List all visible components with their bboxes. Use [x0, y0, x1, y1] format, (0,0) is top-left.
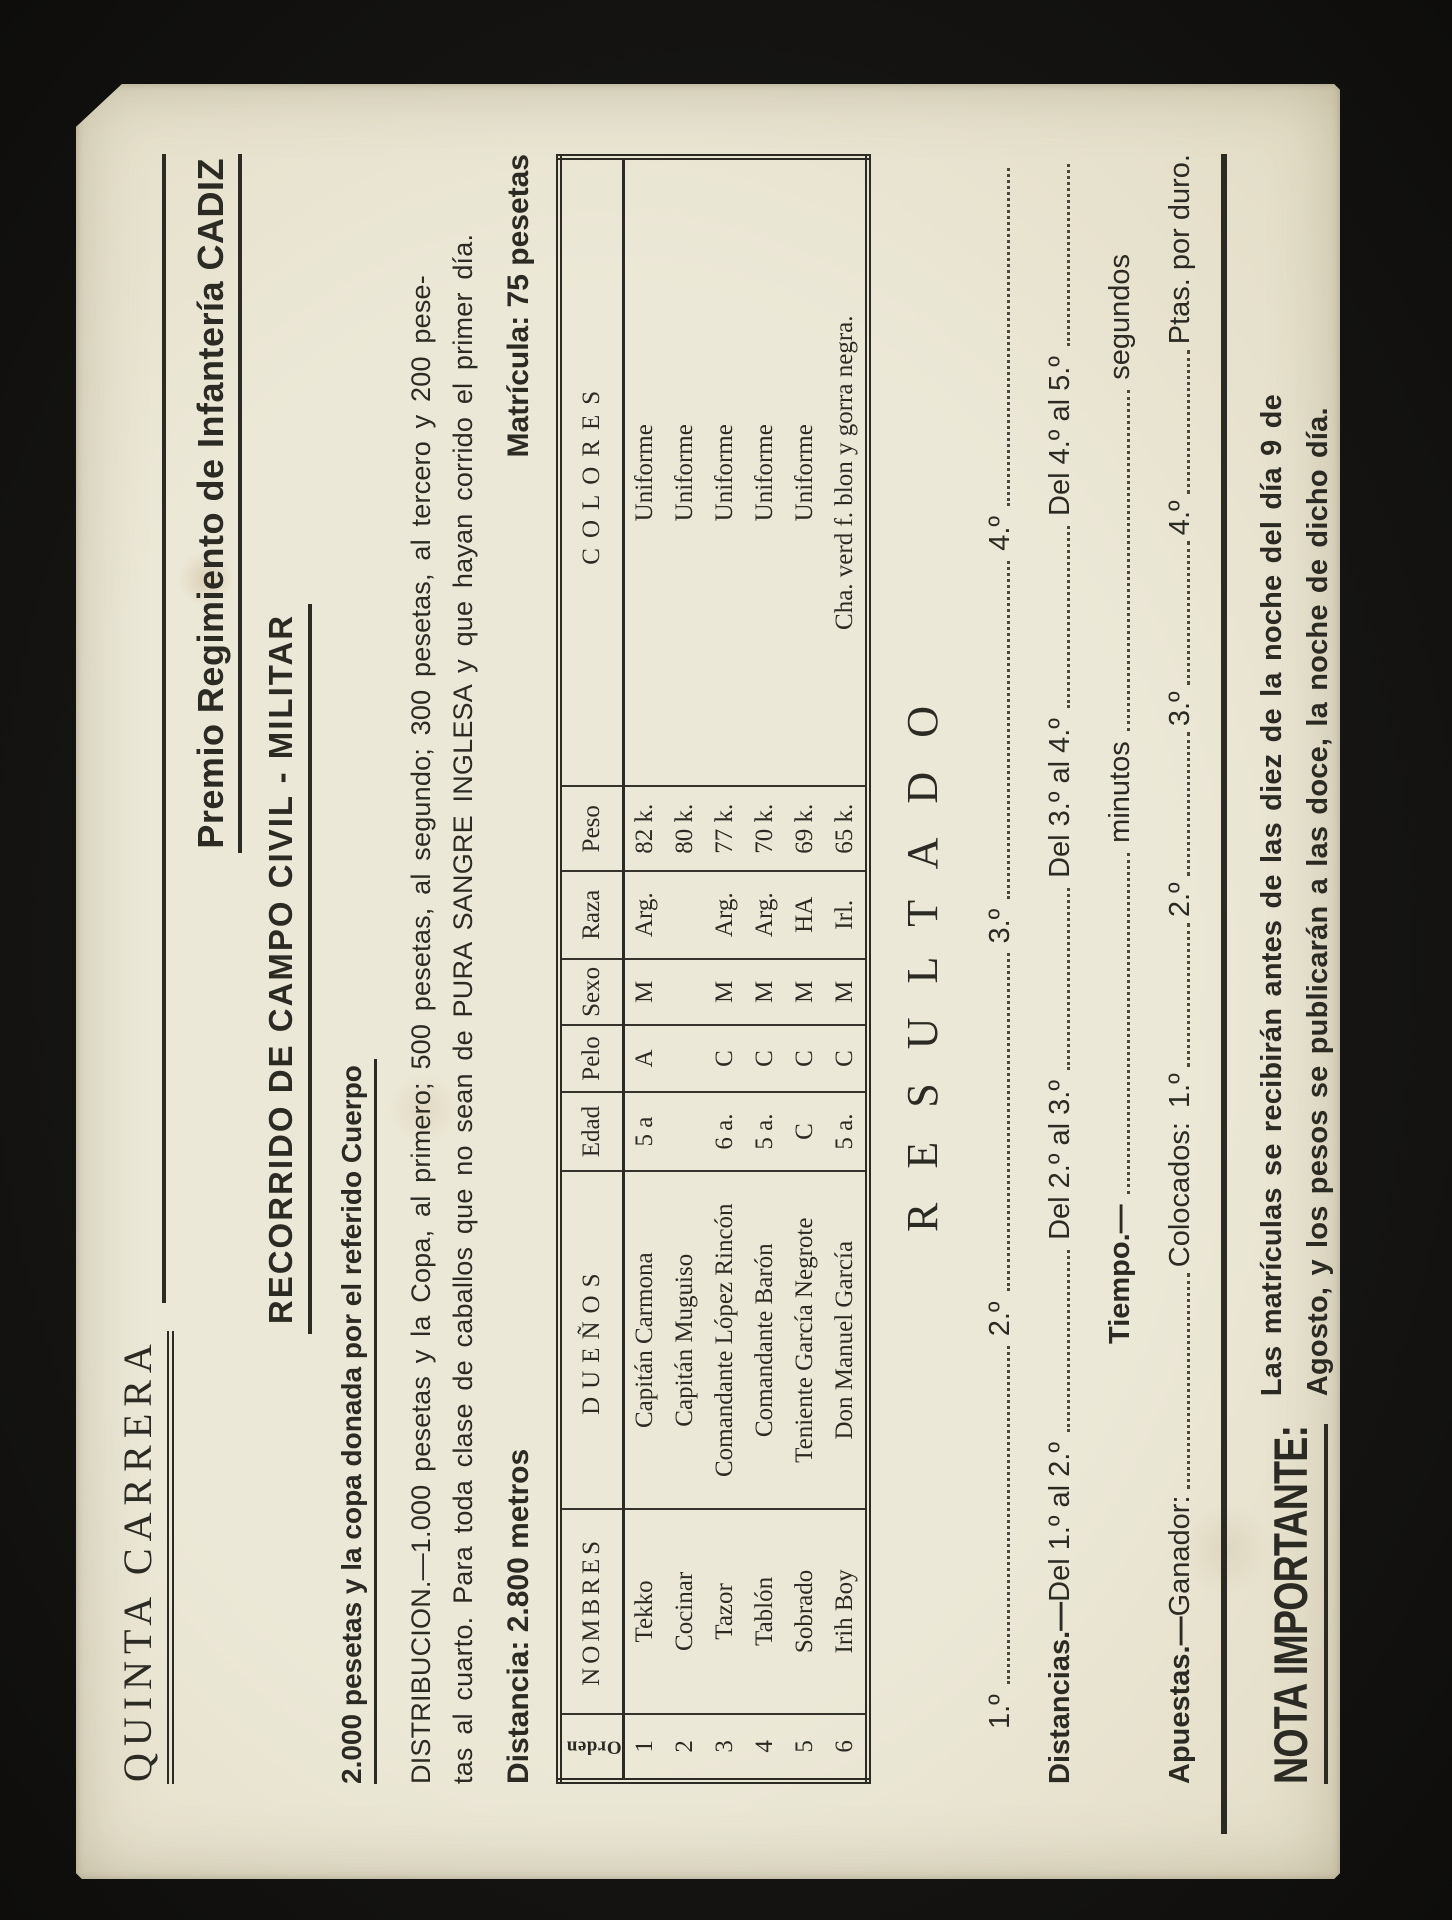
cell-sexo: M [785, 959, 825, 1026]
cell-dueno: Comandante López Rincón [705, 1171, 745, 1509]
colocado-2-label: 2.º [1164, 882, 1197, 917]
cell-colores: Uniforme [745, 157, 785, 786]
dotted-leader [1187, 541, 1190, 685]
cell-dueno: Capitán Carmona [624, 1171, 666, 1509]
table-row: 6 Irih Boy Don Manuel García 5 a. C M Ir… [825, 157, 868, 1781]
cell-sexo: M [624, 959, 666, 1026]
cell-edad: 5 a. [825, 1092, 868, 1172]
cell-sexo [665, 959, 705, 1026]
distancia-item-3: Del 3.º al 4.º [1044, 718, 1077, 878]
table-row: 3 Tazor Comandante López Rincón 6 a. C M… [705, 157, 745, 1781]
cell-sexo: M [745, 959, 785, 1026]
distance-matricula-row: Distancia: 2.800 metros Matrícula: 75 pe… [502, 154, 542, 1784]
colocados-label: Colocados: [1164, 1122, 1197, 1267]
col-header-nombres: NOMBRES [559, 1509, 624, 1714]
distancias-line: Distancias.— Del 1.º al 2.º Del 2.º al 3… [1037, 154, 1077, 1784]
cell-nombre: Tekko [624, 1509, 666, 1714]
col-header-orden: Orden [559, 1714, 624, 1781]
place-3-label: 3.º [984, 909, 1017, 944]
cell-nombre: Cocinar [665, 1509, 705, 1714]
dotted-leader [1187, 350, 1190, 494]
apuestas-suffix: Ptas. por duro. [1164, 154, 1197, 344]
distribution-paragraph: DISTRIBUCION.—1.000 pesetas y la Copa, a… [400, 154, 484, 1784]
dotted-leader [1007, 954, 1010, 1292]
cell-pelo: C [705, 1025, 745, 1092]
cell-nombre: Tazor [705, 1509, 745, 1714]
distribution-line-2: tas al cuarto. Para toda clase de caball… [442, 154, 484, 1784]
dotted-leader [1067, 164, 1070, 346]
result-places-line: 1.º 2.º 3.º 4.º [977, 154, 1017, 1784]
cell-orden: 1 [624, 1714, 666, 1781]
cell-orden: 3 [705, 1714, 745, 1781]
tiempo-segundos-label: segundos [1104, 254, 1137, 380]
resultado-title: RESULTADO [897, 154, 953, 1784]
nota-text: Las matrículas se recibirán antes de las… [1249, 154, 1341, 1396]
colocado-1-label: 1.º [1164, 1073, 1197, 1108]
page-header: QUINTA CARRERA [114, 154, 174, 1784]
cell-pelo: C [785, 1025, 825, 1092]
dotted-leader [1067, 1250, 1070, 1432]
cell-edad: C [785, 1092, 825, 1172]
dotted-leader [1067, 526, 1070, 708]
cell-orden: 6 [825, 1714, 868, 1781]
col-header-peso: Peso [559, 786, 624, 870]
cell-orden: 4 [745, 1714, 785, 1781]
cell-orden: 5 [785, 1714, 825, 1781]
table-row: 5 Sobrado Teniente García Negrote C C M … [785, 157, 825, 1781]
cell-raza: Irl. [825, 871, 868, 959]
cell-colores: Uniforme [624, 157, 666, 786]
col-header-sexo: Sexo [559, 959, 624, 1026]
cell-sexo: M [705, 959, 745, 1026]
horses-table: Orden NOMBRES DUEÑOS Edad Pelo Sexo Raza… [556, 154, 871, 1784]
col-header-colores: COLORES [559, 157, 624, 786]
dotted-leader [1187, 1273, 1190, 1489]
dotted-leader [1187, 732, 1190, 876]
tiempo-line: Tiempo.— minutos segundos [1097, 154, 1137, 1784]
cell-edad: 6 a. [705, 1092, 745, 1172]
cell-edad [665, 1092, 705, 1172]
col-header-raza: Raza [559, 871, 624, 959]
cell-peso: 80 k. [665, 786, 705, 870]
header-rule [162, 154, 166, 1303]
distribution-line-1: DISTRIBUCION.—1.000 pesetas y la Copa, a… [400, 154, 442, 1784]
cell-raza: Arg. [705, 871, 745, 959]
prize-amount-line: 2.000 pesetas y la copa donada por el re… [336, 1059, 377, 1784]
divider-rule [1221, 154, 1227, 1834]
cell-raza: Arg. [745, 871, 785, 959]
cell-peso: 65 k. [825, 786, 868, 870]
cell-peso: 82 k. [624, 786, 666, 870]
cell-nombre: Irih Boy [825, 1509, 868, 1714]
col-header-edad: Edad [559, 1092, 624, 1172]
race-program-page: QUINTA CARRERA Premio Regimiento de Infa… [76, 84, 1340, 1879]
prize-title: Premio Regimiento de Infantería CADIZ [190, 154, 242, 853]
apuestas-line: Apuestas.— Ganador: Colocados: 1.º 2.º 3… [1157, 154, 1197, 1784]
prize-title-row: Premio Regimiento de Infantería CADIZ [190, 154, 242, 1784]
cell-raza: HA [785, 871, 825, 959]
tiempo-minutos-label: minutos [1104, 741, 1137, 843]
distancias-label: Distancias.— [1044, 1602, 1077, 1784]
dotted-leader [1187, 923, 1190, 1067]
cell-orden: 2 [665, 1714, 705, 1781]
distancia-item-4: Del 4.º al 5.º [1044, 356, 1077, 516]
distancia-item-2: Del 2.º al 3.º [1044, 1080, 1077, 1240]
dotted-leader [1007, 168, 1010, 506]
cell-raza [665, 871, 705, 959]
matricula-label: Matrícula: 75 pesetas [502, 154, 542, 457]
col-header-duenos: DUEÑOS [559, 1171, 624, 1509]
distancia-item-1: Del 1.º al 2.º [1044, 1442, 1077, 1602]
table-row: 4 Tablón Comandante Barón 5 a. C M Arg. … [745, 157, 785, 1781]
place-1-label: 1.º [984, 1694, 1017, 1729]
paper-sheet: QUINTA CARRERA Premio Regimiento de Infa… [76, 84, 1340, 1879]
cell-peso: 77 k. [705, 786, 745, 870]
cell-pelo: C [745, 1025, 785, 1092]
ganador-label: Ganador: [1164, 1495, 1197, 1616]
dotted-leader [1127, 390, 1130, 732]
cell-peso: 70 k. [745, 786, 785, 870]
nota-title: NOTA IMPORTANTE: [1263, 1424, 1328, 1784]
cell-colores: Uniforme [705, 157, 745, 786]
col-header-pelo: Pelo [559, 1025, 624, 1092]
cell-colores: Cha. verd f. blon y gorra negra. [825, 157, 868, 786]
cell-edad: 5 a. [745, 1092, 785, 1172]
nota-importante-block: NOTA IMPORTANTE: Las matrículas se recib… [1245, 154, 1345, 1784]
cell-pelo: A [624, 1025, 666, 1092]
place-4-label: 4.º [984, 516, 1017, 551]
cell-colores: Uniforme [665, 157, 705, 786]
cell-dueno: Don Manuel García [825, 1171, 868, 1509]
dotted-leader [1007, 561, 1010, 899]
cell-raza: Arg. [624, 871, 666, 959]
apuestas-label: Apuestas.— [1164, 1616, 1197, 1784]
table-row: 1 Tekko Capitán Carmona 5 a A M Arg. 82 … [624, 157, 666, 1781]
tiempo-label: Tiempo.— [1104, 1204, 1137, 1344]
race-title: QUINTA CARRERA [114, 1331, 174, 1784]
table-row: 2 Cocinar Capitán Muguiso 80 k. Uniforme [665, 157, 705, 1781]
cell-nombre: Sobrado [785, 1509, 825, 1714]
nota-title-wrap: NOTA IMPORTANTE: [1263, 1334, 1328, 1784]
cell-nombre: Tablón [745, 1509, 785, 1714]
cell-dueno: Teniente García Negrote [785, 1171, 825, 1509]
cell-edad: 5 a [624, 1092, 666, 1172]
place-2-label: 2.º [984, 1301, 1017, 1336]
cell-colores: Uniforme [785, 157, 825, 786]
colocado-3-label: 3.º [1164, 691, 1197, 726]
cell-dueno: Capitán Muguiso [665, 1171, 705, 1509]
cell-pelo [665, 1025, 705, 1092]
cell-dueno: Comandante Barón [745, 1171, 785, 1509]
dotted-leader [1067, 888, 1070, 1070]
nota-line-2: Agosto, y los pesos se publicarán a las … [1295, 154, 1341, 1396]
course-subtitle: RECORRIDO DE CAMPO CIVIL - MILITAR [262, 604, 312, 1334]
subtitle-row: RECORRIDO DE CAMPO CIVIL - MILITAR [262, 154, 312, 1784]
dotted-leader [1127, 853, 1130, 1195]
nota-line-1: Las matrículas se recibirán antes de las… [1249, 154, 1295, 1396]
colocado-4-label: 4.º [1164, 500, 1197, 535]
scan-background: QUINTA CARRERA Premio Regimiento de Infa… [0, 0, 1452, 1920]
dotted-leader [1007, 1346, 1010, 1684]
prize-line-row: 2.000 pesetas y la copa donada por el re… [336, 154, 380, 1784]
cell-pelo: C [825, 1025, 868, 1092]
cell-sexo: M [825, 959, 868, 1026]
table-header-row: Orden NOMBRES DUEÑOS Edad Pelo Sexo Raza… [559, 157, 624, 1781]
cell-peso: 69 k. [785, 786, 825, 870]
distance-label: Distancia: 2.800 metros [502, 1449, 542, 1784]
